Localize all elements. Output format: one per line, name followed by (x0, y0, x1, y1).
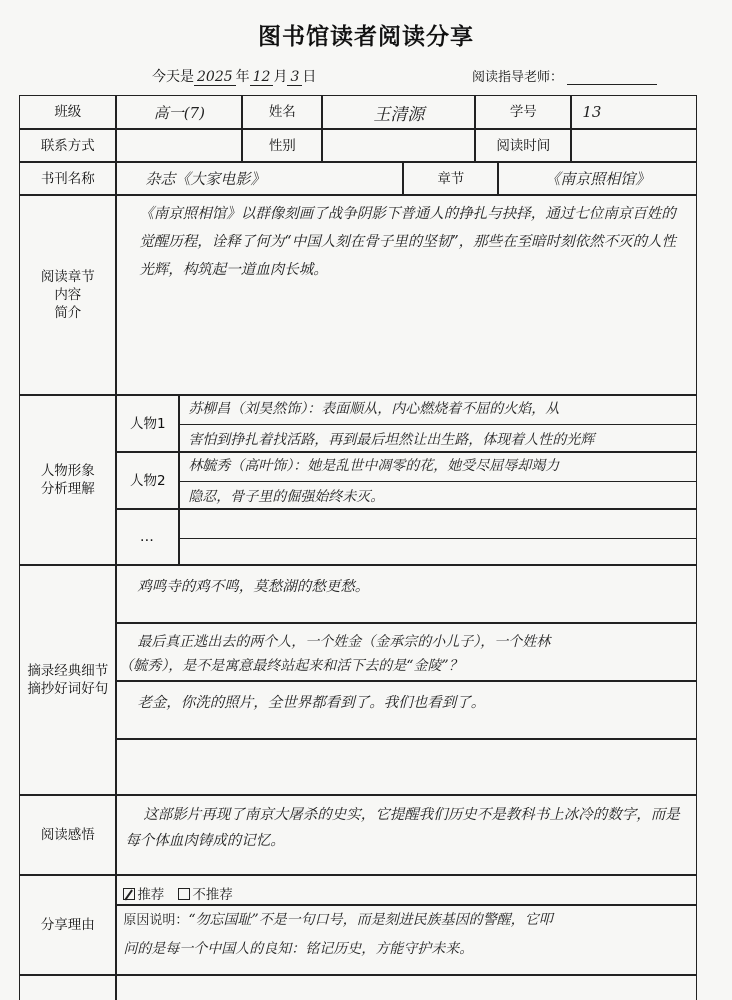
not-recommend-checkbox[interactable] (178, 888, 190, 900)
name-label: 姓名 (242, 95, 322, 129)
form-title: 图书馆读者阅读分享 (0, 18, 732, 51)
book-value[interactable]: 杂志《大家电影》 (116, 162, 403, 195)
excerpt-3-text: 老金，你洗的照片，全世界都看到了。我们也看到了。 (117, 682, 696, 724)
name-value[interactable]: 王清源 (322, 95, 475, 129)
excerpt-4[interactable] (116, 739, 697, 795)
gender-label: 性别 (242, 129, 322, 162)
reason-line-1: “勿忘国耻”不是一句口号，而是刻进民族基因的警醒，它叩 (188, 912, 552, 928)
summary-label-line-3: 简介 (54, 304, 81, 322)
character-more-analysis[interactable] (179, 509, 697, 565)
character-more-line-1 (180, 510, 696, 539)
class-value[interactable]: 高一(7) (116, 95, 242, 129)
character-1-label: 人物1 (116, 395, 179, 452)
date-line: 今天是2025年12月3日 (152, 66, 316, 86)
teacher-label: 阅读指导老师： (472, 70, 563, 85)
date-year[interactable]: 2025 (194, 69, 236, 86)
character-2-analysis[interactable]: 林毓秀（高叶饰）：她是乱世中凋零的花，她受尽屈辱却竭力 隐忍，骨子里的倔强始终未… (179, 452, 697, 509)
contact-label: 联系方式 (19, 129, 116, 162)
bottom-row-label (19, 975, 116, 1000)
bottom-row-value[interactable] (116, 975, 697, 1000)
excerpt-3[interactable]: 老金，你洗的照片，全世界都看到了。我们也看到了。 (116, 681, 697, 739)
student-no-value[interactable]: 13 (571, 95, 697, 129)
summary-text: 《南京照相馆》以群像刻画了战争阴影下普通人的挣扎与抉择，通过七位南京百姓的觉醒历… (117, 196, 696, 284)
teacher-input[interactable] (567, 70, 657, 85)
character-2-label: 人物2 (116, 452, 179, 509)
characters-label: 人物形象 分析理解 (19, 395, 116, 565)
excerpt-2-line-2: （毓秀），是不是寓意最终站起来和活下去的是“金陵”？ (117, 654, 696, 678)
recommend-row: 推荐 不推荐 (116, 875, 697, 905)
not-recommend-option[interactable]: 不推荐 (178, 883, 233, 903)
summary-label: 阅读章节 内容 简介 (19, 195, 116, 395)
date-month[interactable]: 12 (250, 69, 274, 86)
reason-field[interactable]: 原因说明：“勿忘国耻”不是一句口号，而是刻进民族基因的警醒，它叩 问的是每一个中… (116, 905, 697, 975)
excerpt-1-text: 鸡鸣寺的鸡不鸣，莫愁湖的愁更愁。 (117, 566, 696, 608)
characters-label-line-1: 人物形象 (41, 462, 95, 480)
date-day[interactable]: 3 (287, 69, 302, 86)
class-label: 班级 (19, 95, 116, 129)
student-no-label: 学号 (475, 95, 571, 129)
excerpt-2[interactable]: 最后真正逃出去的两个人，一个姓金（金承宗的小儿子），一个姓林 （毓秀），是不是寓… (116, 623, 697, 681)
character-1-analysis[interactable]: 苏柳昌（刘昊然饰）：表面顺从，内心燃烧着不屈的火焰，从 害怕到挣扎着找活路，再到… (179, 395, 697, 452)
reading-time-value[interactable] (571, 129, 697, 162)
contact-value[interactable] (116, 129, 242, 162)
reason-line-2: 问的是每一个中国人的良知：铭记历史，方能守护未来。 (117, 935, 696, 963)
excerpt-1[interactable]: 鸡鸣寺的鸡不鸣，莫愁湖的愁更愁。 (116, 565, 697, 623)
character-more-label: … (116, 509, 179, 565)
summary-label-line-2: 内容 (54, 286, 81, 304)
chapter-value[interactable]: 《南京照相馆》 (498, 162, 697, 195)
reason-prefix: 原因说明： (123, 913, 188, 928)
book-label: 书刊名称 (19, 162, 116, 195)
date-year-suffix: 年 (236, 69, 250, 85)
character-1-line-1: 苏柳昌（刘昊然饰）：表面顺从，内心燃烧着不屈的火焰，从 (180, 396, 696, 425)
character-2-line-2: 隐忍，骨子里的倔强始终未灭。 (180, 482, 696, 512)
summary-label-line-1: 阅读章节 (41, 268, 95, 286)
reading-time-label: 阅读时间 (475, 129, 571, 162)
excerpts-label: 摘录经典细节 摘抄好词好句 (19, 565, 116, 795)
excerpt-2-line-1: 最后真正逃出去的两个人，一个姓金（金承宗的小儿子），一个姓林 (117, 624, 696, 654)
recommend-label: 推荐 (137, 887, 164, 903)
excerpts-label-line-1: 摘录经典细节 (27, 662, 108, 680)
teacher-field: 阅读指导老师： (472, 66, 657, 85)
share-label: 分享理由 (19, 875, 116, 975)
date-month-suffix: 月 (273, 69, 287, 85)
gender-value[interactable] (322, 129, 475, 162)
reading-form-table: 班级 高一(7) 姓名 王清源 学号 13 联系方式 性别 阅读时间 书刊名称 … (20, 96, 698, 1000)
character-1-line-2: 害怕到挣扎着找活路，再到最后坦然让出生路，体现着人性的光辉 (180, 425, 696, 455)
reflection-label: 阅读感悟 (19, 795, 116, 875)
date-prefix: 今天是 (152, 69, 194, 85)
recommend-option[interactable]: 推荐 (123, 883, 164, 903)
recommend-checkbox-checked[interactable] (123, 888, 135, 900)
not-recommend-label: 不推荐 (192, 887, 233, 903)
excerpts-label-line-2: 摘抄好词好句 (27, 680, 108, 698)
date-day-suffix: 日 (302, 69, 316, 85)
summary-value[interactable]: 《南京照相馆》以群像刻画了战争阴影下普通人的挣扎与抉择，通过七位南京百姓的觉醒历… (116, 195, 697, 395)
reflection-text: 这部影片再现了南京大屠杀的史实，它提醒我们历史不是教科书上冰冷的数字，而是每个体… (117, 796, 696, 854)
character-2-line-1: 林毓秀（高叶饰）：她是乱世中凋零的花，她受尽屈辱却竭力 (180, 453, 696, 482)
reflection-value[interactable]: 这部影片再现了南京大屠杀的史实，它提醒我们历史不是教科书上冰冷的数字，而是每个体… (116, 795, 697, 875)
characters-label-line-2: 分析理解 (41, 480, 95, 498)
chapter-label: 章节 (403, 162, 498, 195)
